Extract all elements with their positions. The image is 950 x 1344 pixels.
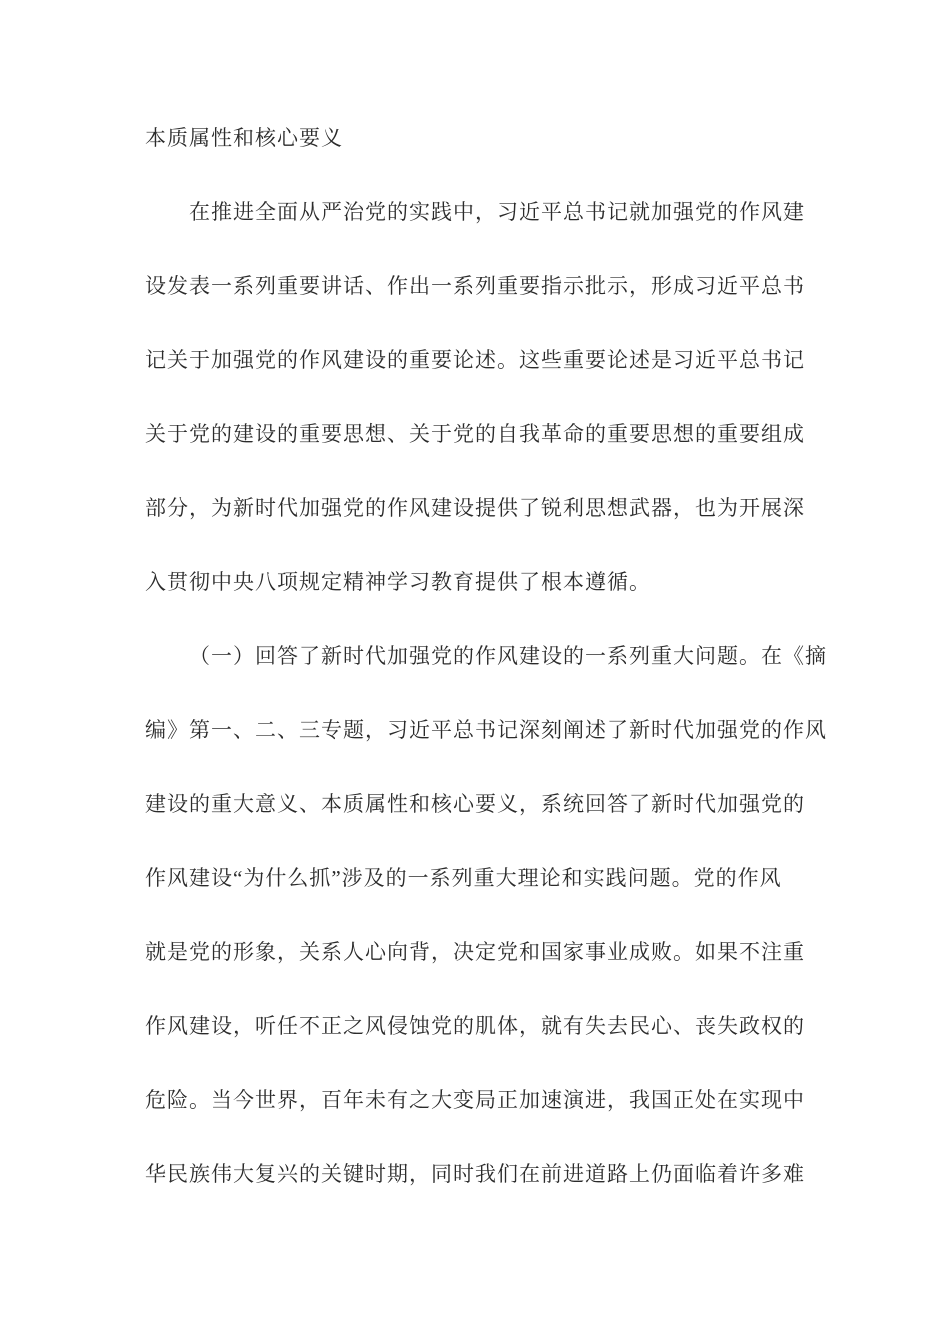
text-line: 本质属性和核心要义 [145,101,835,175]
text-line: 在推进全面从严治党的实践中，习近平总书记就加强党的作风建 [145,175,835,249]
text-line: 作风建设，听任不正之风侵蚀党的肌体，就有失去民心、丧失政权的 [145,989,835,1063]
text-line: 危险。当今世界，百年未有之大变局正加速演进，我国正处在实现中 [145,1063,835,1137]
text-line: 建设的重大意义、本质属性和核心要义，系统回答了新时代加强党的 [145,767,835,841]
text-line: 就是党的形象，关系人心向背，决定党和国家事业成败。如果不注重 [145,915,835,989]
text-line: 华民族伟大复兴的关键时期，同时我们在前进道路上仍面临着许多难 [145,1137,835,1211]
text-line: 设发表一系列重要讲话、作出一系列重要指示批示，形成习近平总书 [145,249,835,323]
text-line: 部分，为新时代加强党的作风建设提供了锐利思想武器，也为开展深 [145,471,835,545]
text-line: 记关于加强党的作风建设的重要论述。这些重要论述是习近平总书记 [145,323,835,397]
document-body: 本质属性和核心要义在推进全面从严治党的实践中，习近平总书记就加强党的作风建设发表… [145,101,835,1211]
text-line: （一）回答了新时代加强党的作风建设的一系列重大问题。在《摘 [145,619,835,693]
text-line: 作风建设“为什么抓”涉及的一系列重大理论和实践问题。党的作风 [145,841,835,915]
document-page: 本质属性和核心要义在推进全面从严治党的实践中，习近平总书记就加强党的作风建设发表… [0,0,950,1344]
text-line: 关于党的建设的重要思想、关于党的自我革命的重要思想的重要组成 [145,397,835,471]
text-line: 编》第一、二、三专题，习近平总书记深刻阐述了新时代加强党的作风 [145,693,835,767]
text-line: 入贯彻中央八项规定精神学习教育提供了根本遵循。 [145,545,835,619]
